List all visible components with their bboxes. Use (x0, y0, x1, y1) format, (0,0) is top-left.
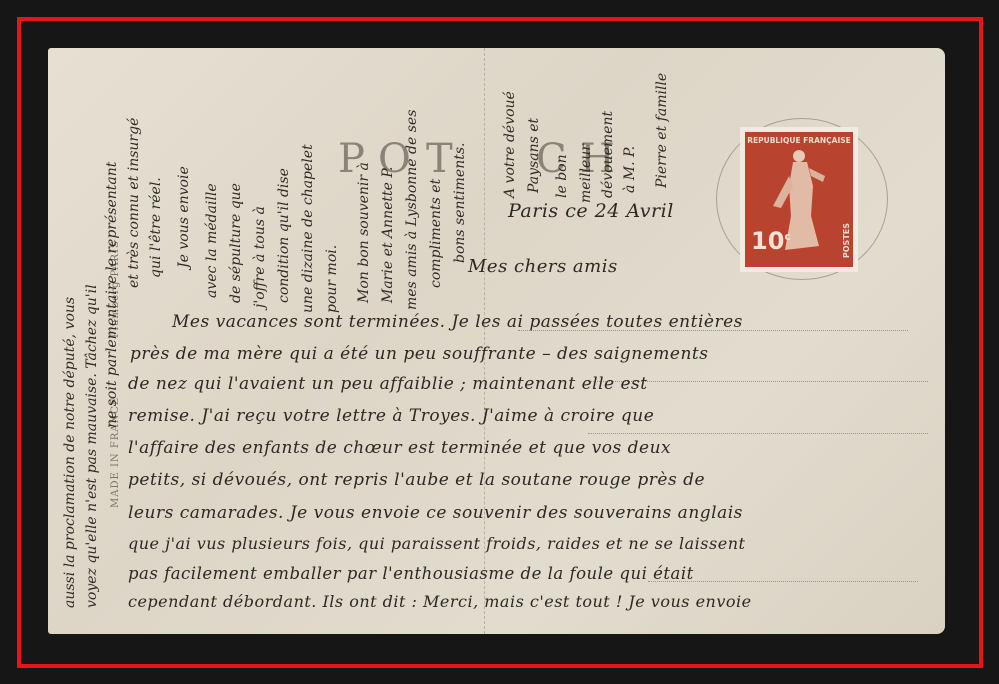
stamp-country: REPUBLIQUE FRANÇAISE (745, 136, 853, 145)
column-line-4: j'offre à tous à (252, 206, 268, 308)
body-line-10: cependant débordant. Ils ont dit : Merci… (128, 592, 752, 611)
body-line-5: l'affaire des enfants de chœur est termi… (128, 438, 671, 458)
body-line-6: petits, si dévoués, ont repris l'aube et… (128, 470, 705, 490)
salutation: Mes chers amis (468, 256, 618, 277)
column-line-14: Paysans et (526, 118, 542, 193)
column-line-8: Mon bon souvenir à (356, 162, 372, 303)
date-line: Paris ce 24 Avril (508, 200, 674, 222)
stamp-face: REPUBLIQUE FRANÇAISE 10c POSTES (745, 132, 853, 267)
column-line-5: condition qu'il dise (276, 168, 292, 303)
column-line-6: une dizaine de chapelet (300, 144, 316, 313)
body-line-1: Mes vacances sont terminées. Je les ai p… (172, 312, 743, 332)
post-card-print-t: T (426, 136, 453, 182)
margin-line-1: aussi la proclamation de notre député, v… (62, 297, 78, 608)
address-rule-3 (588, 433, 928, 434)
body-line-4: remise. J'ai reçu votre lettre à Troyes.… (128, 406, 654, 426)
body-line-7: leurs camarades. Je vous envoie ce souve… (128, 503, 743, 523)
column-line-3: de sépulture que (228, 183, 244, 303)
column-line-18: à M. P. (622, 146, 638, 193)
column-line-1: Je vous envoie (176, 166, 192, 268)
margin-line-3: ne soit parlementaire le représentant (104, 162, 120, 428)
column-line-7: pour moi. (324, 245, 340, 313)
column-line-2: avec la médaille (204, 183, 220, 298)
stamp-value: 10c (751, 227, 791, 255)
column-line-12: bons sentiments. (452, 143, 468, 263)
stamp-label: POSTES (842, 223, 851, 258)
column-line-19: Pierre et famille (654, 73, 670, 188)
body-line-2: près de ma mère qui a été un peu souffra… (130, 344, 708, 364)
margin-line-4: et très connu et insurgé (126, 118, 142, 288)
column-line-9: Marie et Annette P. (380, 167, 396, 303)
margin-line-5: qui l'être réel. (148, 177, 164, 278)
body-line-8: que j'ai vus plusieurs fois, qui paraiss… (128, 534, 745, 553)
postcard-back: P O T C H Plumberg PARIS MADE IN FRANCE … (48, 48, 945, 634)
column-line-13: A votre dévoué (502, 91, 518, 198)
column-line-10: mes amis à Lysbonne de ses (404, 110, 420, 310)
column-line-17: dévouement (600, 111, 616, 198)
body-line-3: de nez qui l'avaient un peu affaiblie ; … (128, 374, 648, 394)
column-line-15: le bon (554, 154, 570, 198)
postage-stamp: REPUBLIQUE FRANÇAISE 10c POSTES (740, 127, 858, 272)
margin-line-2: voyez qu'elle n'est pas mauvaise. Tâchez… (84, 284, 100, 608)
column-line-11: compliments et (428, 179, 444, 288)
body-line-9: pas facilement emballer par l'enthousias… (128, 564, 694, 583)
column-line-16: meilleur (578, 144, 594, 203)
